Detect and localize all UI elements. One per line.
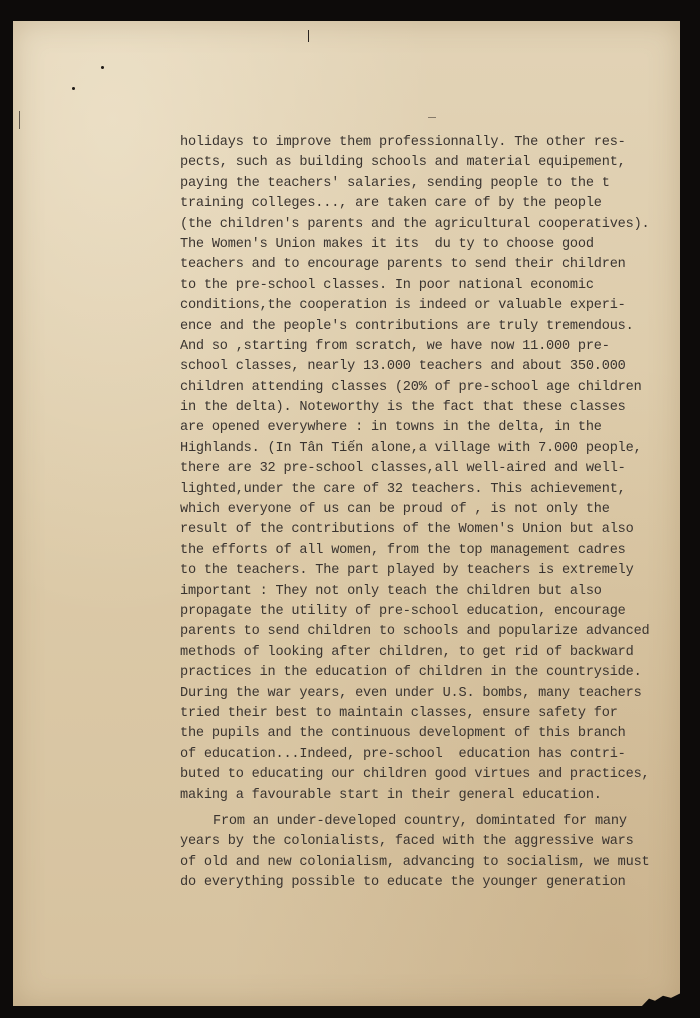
text-line: teachers and to encourage parents to sen… [180,255,680,275]
paper-page: holidays to improve them professionnally… [13,21,680,1006]
text-line: which everyone of us can be proud of , i… [180,500,680,520]
text-line: propagate the utility of pre-school educ… [180,602,680,622]
text-line: are opened everywhere : in towns in the … [180,418,680,438]
text-line: And so ,starting from scratch, we have n… [180,337,680,357]
margin-mark [19,111,20,129]
ink-speck [101,66,104,69]
text-line: practices in the education of children i… [180,663,680,683]
text-line: important : They not only teach the chil… [180,582,680,602]
text-line: the pupils and the continuous developmen… [180,724,680,744]
text-line: holidays to improve them professionnally… [180,133,680,153]
paragraph-1: holidays to improve them professionnally… [180,133,680,806]
text-line: Highlands. (In Tân Tiến alone,a village … [180,439,680,459]
text-line: result of the contributions of the Women… [180,520,680,540]
text-line: in the delta). Noteworthy is the fact th… [180,398,680,418]
text-line: to the pre-school classes. In poor natio… [180,276,680,296]
text-line: do everything possible to educate the yo… [180,873,680,893]
text-line: school classes, nearly 13.000 teachers a… [180,357,680,377]
text-line: tried their best to maintain classes, en… [180,704,680,724]
text-line: methods of looking after children, to ge… [180,643,680,663]
text-line: lighted,under the care of 32 teachers. T… [180,480,680,500]
text-line: of education...Indeed, pre-school educat… [180,745,680,765]
text-line: During the war years, even under U.S. bo… [180,684,680,704]
text-line: parents to send children to schools and … [180,622,680,642]
text-line: making a favourable start in their gener… [180,786,680,806]
text-line: From an under-developed country, dominta… [180,812,680,832]
text-line: the efforts of all women, from the top m… [180,541,680,561]
header-mark [428,117,436,118]
text-line: there are 32 pre-school classes,all well… [180,459,680,479]
text-line: children attending classes (20% of pre-s… [180,378,680,398]
text-line: pects, such as building schools and mate… [180,153,680,173]
text-line: training colleges..., are taken care of … [180,194,680,214]
text-line: ence and the people's contributions are … [180,317,680,337]
paragraph-2: From an under-developed country, dominta… [180,812,680,894]
ink-speck [72,87,75,90]
text-line: conditions,the cooperation is indeed or … [180,296,680,316]
torn-corner [641,993,681,1007]
top-tick-mark [308,30,309,42]
text-line: to the teachers. The part played by teac… [180,561,680,581]
text-line: The Women's Union makes it its du ty to … [180,235,680,255]
text-line: years by the colonialists, faced with th… [180,832,680,852]
text-line: paying the teachers' salaries, sending p… [180,174,680,194]
document-body: holidays to improve them professionnally… [180,133,680,893]
text-line: of old and new colonialism, advancing to… [180,853,680,873]
text-line: (the children's parents and the agricult… [180,215,680,235]
text-line: buted to educating our children good vir… [180,765,680,785]
